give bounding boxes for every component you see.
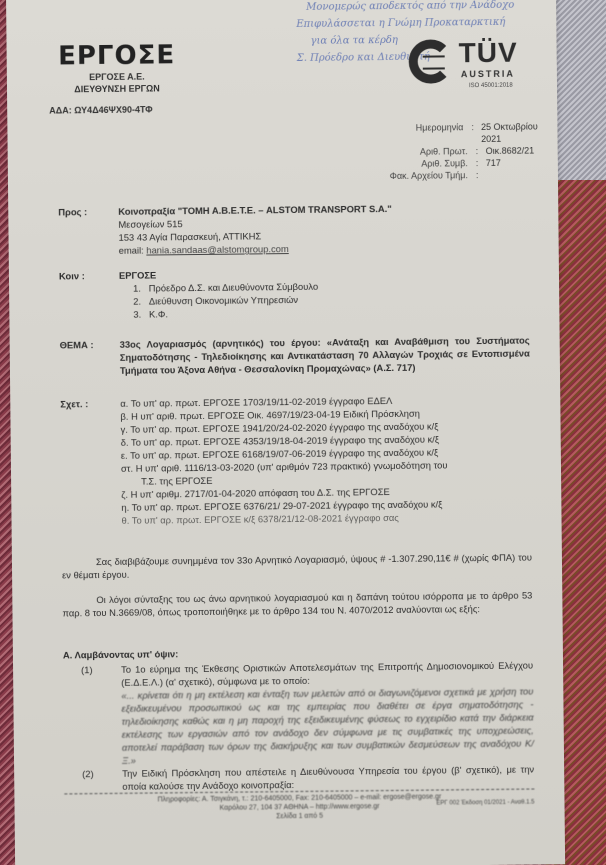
paragraph-account: Σας διαβιβάζουμε συνημμένα τον 33ο Αρνητ… bbox=[62, 551, 532, 582]
recipient-block: Προς : Κοινοπραξία "ΤΟΜΗ Α.Β.Ε.Τ.Ε. – AL… bbox=[58, 200, 539, 265]
meta-date: Ημερομηνία:25 Οκτωβρίου 2021 bbox=[357, 120, 557, 146]
tuv-sub: AUSTRIA bbox=[461, 69, 515, 80]
tuv-austria-logo: TÜV AUSTRIA ISO 45001:2018 bbox=[408, 36, 539, 97]
recipient-label: Προς : bbox=[58, 205, 87, 218]
page-footer: Πληροφορίες: Α. Τσιγκάνη, τ.: 210-640500… bbox=[64, 789, 534, 824]
sender-department: ΔΙΕΥΘΥΝΣΗ ΕΡΓΩΝ bbox=[47, 82, 187, 95]
tuv-iso: ISO 45001:2018 bbox=[469, 83, 513, 89]
ergose-logo: ΕΡΓΟΣΕ bbox=[47, 40, 187, 71]
sender-logo-block: ΕΡΓΟΣΕ ΕΡΓΟΣΕ Α.Ε. ΔΙΕΥΘΥΝΣΗ ΕΡΓΩΝ bbox=[47, 40, 188, 95]
tuv-bars-icon bbox=[423, 55, 445, 69]
ada-code: ΑΔΑ: ΩΥ4Δ46ΨΧ90-4ΤΦ bbox=[49, 104, 152, 115]
quoted-finding: «... κρίνεται ότι η μη εκτέλεση και έντα… bbox=[121, 685, 534, 767]
subject-block: ΘΕΜΑ : 33ος Λογαριασμός (αρνητικός) του … bbox=[60, 333, 541, 398]
section-a: Α. Λαμβάνοντας υπ' όψιν: (1) Το 1ο εύρημ… bbox=[63, 644, 534, 794]
footer-form-code: ΕΡΓ 002 Έκδοση 01/2021 - Αναθ.1.5 bbox=[436, 799, 534, 809]
cc-block: Κοιν : ΕΡΓΟΣΕ 1. Πρόεδρο Δ.Σ. και Διευθύ… bbox=[59, 264, 540, 329]
recipient-email-link[interactable]: hania.sandaas@alstomgroup.com bbox=[146, 243, 289, 255]
cc-label: Κοιν : bbox=[59, 269, 85, 282]
references-label: Σχετ. : bbox=[60, 397, 88, 410]
subject-label: ΘΕΜΑ : bbox=[60, 338, 94, 351]
document-page: ΕΡΓΟΣΕ ΕΡΓΟΣΕ Α.Ε. ΔΙΕΥΘΥΝΣΗ ΕΡΓΩΝ ΑΔΑ: … bbox=[6, 0, 565, 865]
section-a-item-1: (1) Το 1ο εύρημα της Έκθεσης Οριστικών Α… bbox=[63, 659, 534, 768]
meta-file: Φακ. Αρχείου Τμήμ.: bbox=[358, 168, 558, 182]
tuv-brand: TÜV bbox=[458, 37, 517, 70]
paragraph-reasons: Οι λόγοι σύνταξης του ως άνω αρνητικού λ… bbox=[62, 589, 532, 620]
meta-protocol: Αριθ. Πρωτ.:Οικ.8682/21 bbox=[358, 144, 558, 158]
document-meta: Ημερομηνία:25 Οκτωβρίου 2021 Αριθ. Πρωτ.… bbox=[357, 120, 558, 182]
subject-text: 33ος Λογαριασμός (αρνητικός) του έργου: … bbox=[120, 334, 530, 377]
references-block: Σχετ. : α. Το υπ' αρ. πρωτ. ΕΡΓΟΣΕ 1703/… bbox=[60, 392, 541, 537]
